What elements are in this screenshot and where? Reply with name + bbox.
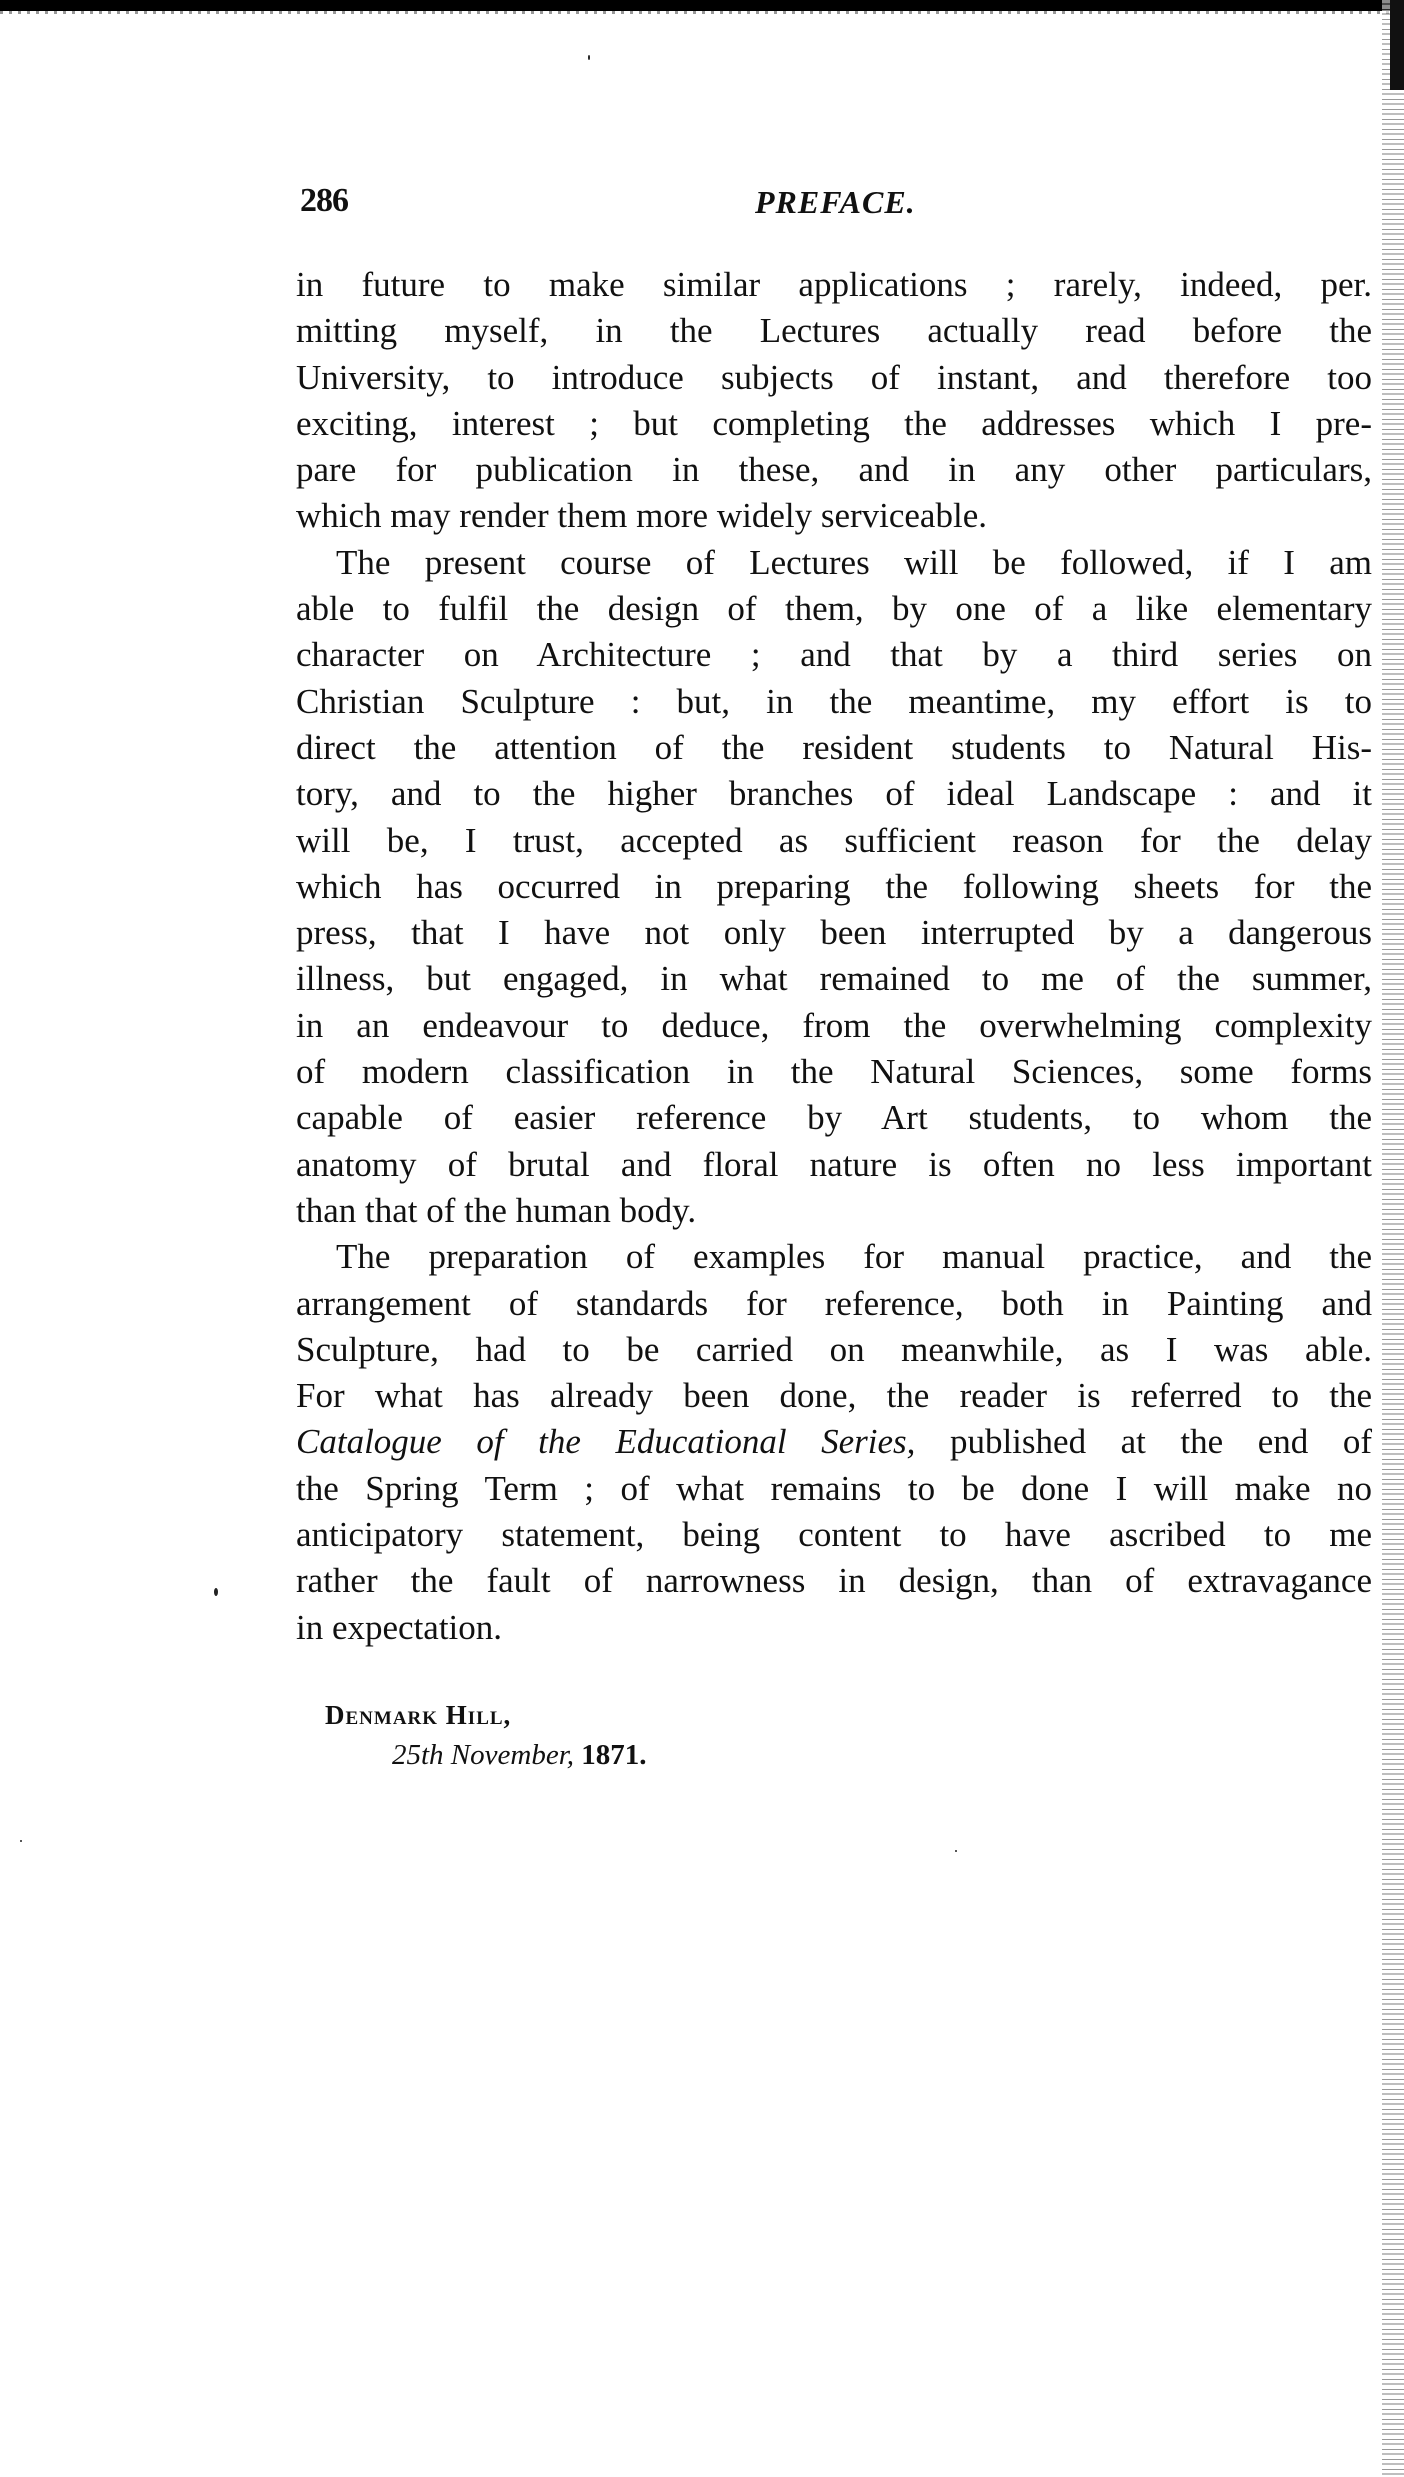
text-line: in future to make similar applications ;… <box>296 262 1372 308</box>
text-line: direct the attention of the resident stu… <box>296 725 1372 771</box>
text-line: of modern classification in the Natural … <box>296 1049 1372 1095</box>
text-line: able to fulfil the design of them, by on… <box>296 586 1372 632</box>
page-body: in future to make similar applications ;… <box>296 262 1372 1651</box>
page-number: 286 <box>300 182 348 220</box>
text-line: which has occurred in preparing the foll… <box>296 864 1372 910</box>
scan-speck <box>214 1588 218 1596</box>
text-line: in an endeavour to deduce, from the over… <box>296 1003 1372 1049</box>
text-line: illness, but engaged, in what remained t… <box>296 956 1372 1002</box>
text-fragment: published at the end of <box>915 1422 1372 1461</box>
text-line-with-title: Catalogue of the Educational Series, pub… <box>296 1419 1372 1465</box>
signoff-date-day-month: 25th November, <box>392 1739 574 1771</box>
text-line: capable of easier reference by Art stude… <box>296 1095 1372 1141</box>
text-line: exciting, interest ; but completing the … <box>296 401 1372 447</box>
paragraph-2: The present course of Lectures will be f… <box>296 540 1372 1234</box>
text-line: tory, and to the higher branches of idea… <box>296 771 1372 817</box>
scan-right-edge-shadow <box>1390 0 1404 90</box>
page-header: 286 PREFACE. <box>300 182 1372 222</box>
scan-top-border <box>0 0 1404 11</box>
scan-speck <box>20 1840 22 1842</box>
text-line: Christian Sculpture : but, in the meanti… <box>296 679 1372 725</box>
signoff-place: Denmark Hill, <box>325 1700 647 1731</box>
scan-top-noise <box>0 11 1404 14</box>
text-line: anticipatory statement, being content to… <box>296 1512 1372 1558</box>
text-line: University, to introduce subjects of ins… <box>296 355 1372 401</box>
scan-speck <box>955 1850 957 1852</box>
text-line: rather the fault of narrowness in design… <box>296 1558 1372 1604</box>
text-line: which may render them more widely servic… <box>296 493 1372 539</box>
text-line: the Spring Term ; of what remains to be … <box>296 1466 1372 1512</box>
text-line: character on Architecture ; and that by … <box>296 632 1372 678</box>
scan-speck <box>588 55 590 60</box>
text-line: For what has already been done, the read… <box>296 1373 1372 1419</box>
signoff-date-year: 1871. <box>574 1739 647 1771</box>
text-line: Sculpture, had to be carried on meanwhil… <box>296 1327 1372 1373</box>
signoff: Denmark Hill, 25th November, 1871. <box>325 1700 647 1772</box>
paragraph-1: in future to make similar applications ;… <box>296 262 1372 540</box>
text-line: anatomy of brutal and floral nature is o… <box>296 1142 1372 1188</box>
text-line: pare for publication in these, and in an… <box>296 447 1372 493</box>
text-line: than that of the human body. <box>296 1188 1372 1234</box>
text-line: in expectation. <box>296 1605 1372 1651</box>
text-line: will be, I trust, accepted as sufficient… <box>296 818 1372 864</box>
running-title: PREFACE. <box>755 184 916 221</box>
text-line: mitting myself, in the Lectures actually… <box>296 308 1372 354</box>
text-line: arrangement of standards for reference, … <box>296 1281 1372 1327</box>
text-line: press, that I have not only been interru… <box>296 910 1372 956</box>
text-line: The preparation of examples for manual p… <box>296 1234 1372 1280</box>
text-line: The present course of Lectures will be f… <box>296 540 1372 586</box>
scan-right-edge <box>1382 0 1404 2477</box>
signoff-date: 25th November, 1871. <box>392 1739 647 1772</box>
catalogue-title: Catalogue of the Educational Series, <box>296 1422 915 1461</box>
paragraph-3: The preparation of examples for manual p… <box>296 1234 1372 1651</box>
